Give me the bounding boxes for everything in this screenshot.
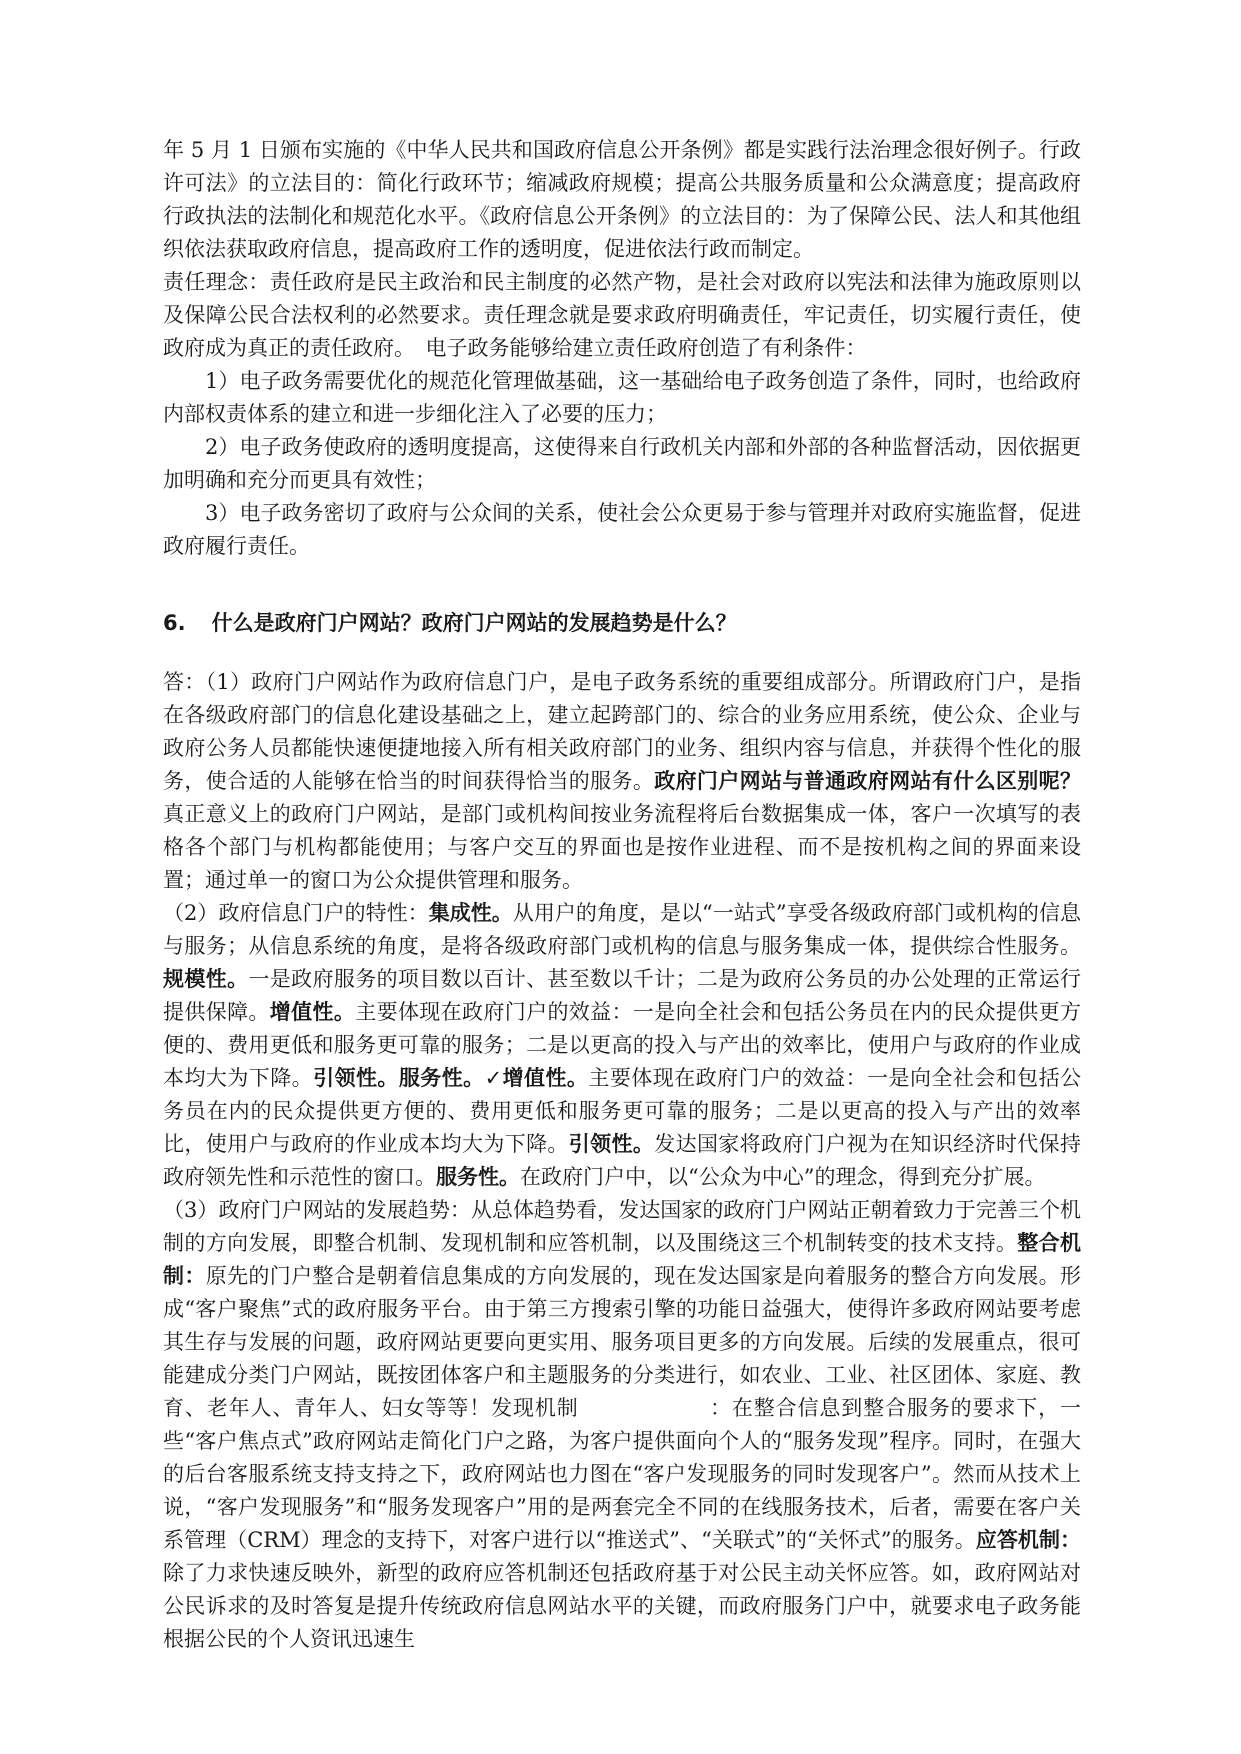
- text-run: 2）电子政务使政府的透明度提高，这使得来自行政机关内部和外部的各种监督活动，因依…: [163, 435, 1081, 492]
- emphasis-text-run: 服务性。: [436, 1165, 520, 1189]
- paragraph-p3: 1）电子政务需要优化的规范化管理做基础，这一基础给电子政务创造了条件，同时，也给…: [163, 365, 1081, 431]
- text-run: 3）电子政务密切了政府与公众间的关系，使社会公众更易于参与管理并对政府实施监督，…: [163, 501, 1081, 558]
- emphasis-text-run: 增值性。: [270, 1000, 355, 1024]
- paragraph-p1: 年 5 月 1 日颁布实施的《中华人民共和国政府信息公开条例》都是实践行法治理念…: [163, 134, 1081, 266]
- emphasis-text-run: 规模性。: [163, 967, 248, 991]
- document-text-block: 年 5 月 1 日颁布实施的《中华人民共和国政府信息公开条例》都是实践行法治理念…: [163, 134, 1081, 1656]
- text-run: 年 5 月 1 日颁布实施的《中华人民共和国政府信息公开条例》都是实践行法治理念…: [163, 138, 1081, 261]
- paragraph-p4: 2）电子政务使政府的透明度提高，这使得来自行政机关内部和外部的各种监督活动，因依…: [163, 431, 1081, 497]
- emphasis-text-run: 引领性。服务性。✓增值性。: [313, 1066, 588, 1090]
- text-run: （2）政府信息门户的特性：: [163, 901, 429, 925]
- emphasis-text-run: 政府门户网站与普通政府网站有什么区别呢？: [654, 769, 1081, 793]
- emphasis-text-run: 集成性。: [429, 901, 513, 925]
- text-run: （3）政府门户网站的发展趋势：从总体趋势看，发达国家的政府门户网站正朝着致力于完…: [163, 1198, 1081, 1255]
- paragraph-p5: 3）电子政务密切了政府与公众间的关系，使社会公众更易于参与管理并对政府实施监督，…: [163, 497, 1081, 563]
- document-page: 年 5 月 1 日颁布实施的《中华人民共和国政府信息公开条例》都是实践行法治理念…: [0, 0, 1241, 1754]
- emphasis-text-run: 引领性。: [569, 1132, 654, 1156]
- text-run: 责任理念：责任政府是民主政治和民主制度的必然产物，是社会对政府以宪法和法律为施政…: [163, 270, 1081, 360]
- question-heading: 6.什么是政府门户网站？政府门户网站的发展趋势是什么？: [163, 607, 1081, 640]
- text-run: 1）电子政务需要优化的规范化管理做基础，这一基础给电子政务创造了条件，同时，也给…: [163, 369, 1081, 426]
- text-run: 原先的门户整合是朝着信息集成的方向发展的，现在发达国家是向着服务的整合方向发展。…: [163, 1264, 1081, 1552]
- paragraph-p2: 责任理念：责任政府是民主政治和民主制度的必然产物，是社会对政府以宪法和法律为施政…: [163, 266, 1081, 365]
- paragraph-p8: （3）政府门户网站的发展趋势：从总体趋势看，发达国家的政府门户网站正朝着致力于完…: [163, 1194, 1081, 1656]
- paragraph-p6: 答：（1）政府门户网站作为政府信息门户，是电子政务系统的重要组成部分。所谓政府门…: [163, 666, 1081, 897]
- text-run: 在政府门户中，以“公众为中心”的理念，得到充分扩展。: [520, 1165, 1045, 1189]
- emphasis-text-run: 什么是政府门户网站？政府门户网站的发展趋势是什么？: [212, 611, 737, 635]
- heading-number: 6.: [163, 607, 186, 640]
- text-run: 真正意义上的政府门户网站，是部门或机构间按业务流程将后台数据集成一体，客户一次填…: [163, 802, 1081, 892]
- text-run: 除了力求快速反映外，新型的政府应答机制还包括政府基于对公民主动关怀应答。如，政府…: [163, 1561, 1081, 1651]
- emphasis-text-run: 应答机制：: [976, 1528, 1081, 1552]
- paragraph-p7: （2）政府信息门户的特性：集成性。从用户的角度，是以“一站式”享受各级政府部门或…: [163, 897, 1081, 1194]
